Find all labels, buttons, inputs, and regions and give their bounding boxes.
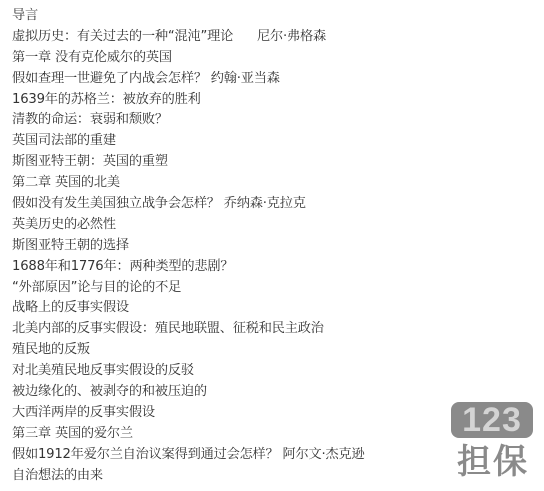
- toc-item: 1639年的苏格兰：被放弃的胜利: [12, 90, 364, 111]
- toc-item: 殖民地的反叛: [12, 340, 364, 361]
- table-of-contents: 导言 虚拟历史：有关过去的一种“混沌”理论 尼尔·弗格森 第一章 没有克伦威尔的…: [12, 6, 364, 486]
- toc-item: 斯图亚特王朝的选择: [12, 236, 364, 257]
- toc-item: 斯图亚特王朝：英国的重塑: [12, 152, 364, 173]
- toc-chapter-heading: 第三章 英国的爱尔兰: [12, 424, 364, 445]
- toc-item: 假如查理一世避免了内战会怎样？ 约翰·亚当森: [12, 69, 364, 90]
- toc-item-intro: 导言: [12, 6, 364, 27]
- toc-item: 1688年和1776年：两种类型的悲剧？: [12, 257, 364, 278]
- watermark-number: 123: [451, 402, 533, 438]
- toc-item: 自治想法的由来: [12, 466, 364, 487]
- toc-item: 对北美殖民地反事实假设的反驳: [12, 361, 364, 382]
- toc-item: 假如1912年爱尔兰自治议案得到通过会怎样？ 阿尔文·杰克逊: [12, 445, 364, 466]
- toc-item: 清教的命运：衰弱和颓败？: [12, 110, 364, 131]
- toc-item: 战略上的反事实假设: [12, 298, 364, 319]
- toc-item: “外部原因”论与目的论的不足: [12, 278, 364, 299]
- watermark-text: 担保: [451, 442, 535, 482]
- toc-item: 大西洋两岸的反事实假设: [12, 403, 364, 424]
- toc-chapter-heading: 第二章 英国的北美: [12, 173, 364, 194]
- toc-item: 英国司法部的重建: [12, 131, 364, 152]
- toc-item: 假如没有发生美国独立战争会怎样？ 乔纳森·克拉克: [12, 194, 364, 215]
- toc-item: 北美内部的反事实假设：殖民地联盟、征税和民主政治: [12, 319, 364, 340]
- toc-chapter-heading: 第一章 没有克伦威尔的英国: [12, 48, 364, 69]
- watermark-logo: 123 担保: [451, 402, 535, 482]
- toc-item: 被边缘化的、被剥夺的和被压迫的: [12, 382, 364, 403]
- toc-item: 英美历史的必然性: [12, 215, 364, 236]
- toc-item: 虚拟历史：有关过去的一种“混沌”理论 尼尔·弗格森: [12, 27, 364, 48]
